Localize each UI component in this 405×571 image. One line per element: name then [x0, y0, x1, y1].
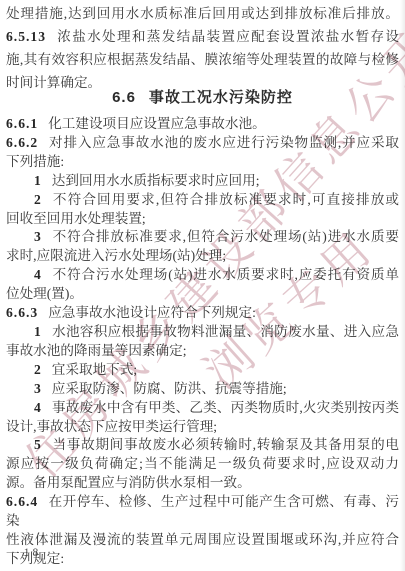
- clause-number: 6.6.1: [6, 116, 38, 131]
- clause-number: 4: [34, 400, 42, 415]
- list-item-line: 1水池容积应根据事故物料泄漏量、消防废水量、进入应急: [6, 323, 399, 342]
- clause-line: 6.6.2对排入应急事故水池的废水应进行污染物监测,并应采取: [6, 134, 399, 153]
- text-line: 位处理(置)。: [6, 285, 399, 304]
- clause-line: 6.6.4在开停车、检修、生产过程中可能产生含可燃、有毒、污染: [6, 493, 399, 531]
- clause-line: 6.6.3应急事故水池设计应符合下列规定:: [6, 304, 399, 323]
- clause-number: 1: [34, 324, 42, 339]
- text-line: 设计,事故状态下应按甲类运行管理;: [6, 418, 399, 437]
- text-line: 回收至回用水处理装置;: [6, 210, 399, 229]
- document-content: 处理措施,达到回用水水质标准后回用或达到排放标准后排放。6.5.13浓盐水处理和…: [0, 0, 405, 571]
- clause-number: 6.6.3: [6, 305, 38, 320]
- list-item-line: 3应采取防渗、防腐、防洪、抗震等措施;: [6, 380, 399, 399]
- list-item-line: 2不符合回用要求,但符合排放标准要求时,可直接排放或: [6, 191, 399, 210]
- text-line: 下列规定:: [6, 550, 399, 569]
- clause-number: 1: [34, 173, 42, 188]
- text-line: 源应按一级负荷确定;当不能满足一级负荷要求时,应设双动力: [6, 455, 399, 474]
- document-page: 住房城乡建设部信息公开 浏览专用 处理措施,达到回用水水质标准后回用或达到排放标…: [0, 0, 405, 571]
- text-line: 施,其有效容积应根据蒸发结晶、膜浓缩等处理装置的故障与检修: [6, 48, 399, 71]
- clause-number: 4: [34, 267, 42, 282]
- list-item-line: 1达到回用水水质指标要求时应回用;: [6, 172, 399, 191]
- paragraph-block-main: 6.6.1化工建设项目应设置应急事故水池。6.6.2对排入应急事故水池的废水应进…: [6, 115, 399, 569]
- clause-number: 2: [34, 192, 42, 207]
- text-line: 求时,应限流进入污水处理场(站)处理;: [6, 247, 399, 266]
- clause-number: 2: [34, 362, 42, 377]
- text-line: 源。备用泵配置应与消防供水泵相一致。: [6, 474, 399, 493]
- list-item-line: 4不符合污水处理场(站)进水水质要求时,应委托有资质单: [6, 266, 399, 285]
- text-line: 事故水池的降雨量等因素确定;: [6, 342, 399, 361]
- clause-line: 6.6.1化工建设项目应设置应急事故水池。: [6, 115, 399, 134]
- list-item-line: 4事故废水中含有甲类、乙类、丙类物质时,火灾类别按丙类: [6, 399, 399, 418]
- list-item-line: 5当事故期间事故废水必须转输时,转输泵及其备用泵的电: [6, 436, 399, 455]
- text-line: 时间计算确定。: [6, 71, 399, 94]
- clause-number: 6.6.2: [6, 135, 38, 150]
- list-item-line: 3不符合排放标准要求,但符合污水处理场(站)进水水质要: [6, 228, 399, 247]
- clause-number: 6.5.13: [6, 29, 46, 44]
- list-item-line: 2宜采取地下式;: [6, 361, 399, 380]
- text-line: 性液体泄漏及漫流的装置单元周围应设置围堰或环沟,并应符合: [6, 531, 399, 550]
- page-number: · 18 ·: [11, 547, 54, 559]
- text-line: 下列措施:: [6, 153, 399, 172]
- clause-number: 3: [34, 229, 42, 244]
- clause-number: 5: [34, 437, 42, 452]
- paragraph-block-top: 处理措施,达到回用水水质标准后回用或达到排放标准后排放。6.5.13浓盐水处理和…: [6, 2, 399, 94]
- clause-line: 6.5.13浓盐水处理和蒸发结晶装置应配套设置浓盐水暂存设: [6, 25, 399, 48]
- clause-number: 3: [34, 381, 42, 396]
- text-line: 处理措施,达到回用水水质标准后回用或达到排放标准后排放。: [6, 2, 399, 25]
- clause-number: 6.6.4: [6, 494, 38, 509]
